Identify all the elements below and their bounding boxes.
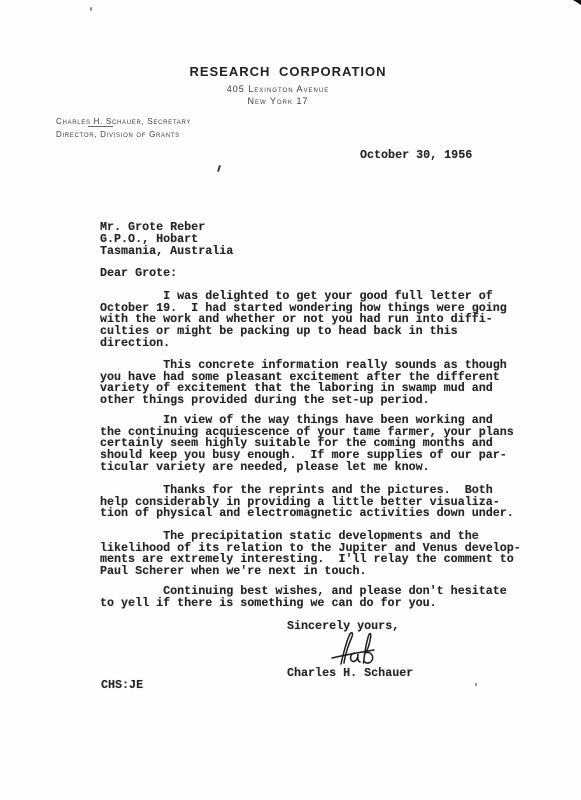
scan-artifact-mark [217, 165, 221, 172]
letter-date: October 30, 1956 [360, 150, 472, 162]
scanned-letter-page: RESEARCH CORPORATION 405 Lexington Avenu… [0, 0, 581, 800]
recipient-address: Mr. Grote Reber G.P.O., Hobart Tasmania,… [100, 221, 233, 258]
body-paragraph-2: This concrete information really sounds … [100, 360, 507, 407]
letterhead: RESEARCH CORPORATION 405 Lexington Avenu… [0, 64, 576, 106]
salutation: Dear Grote: [100, 268, 177, 280]
scan-artifact-speck [475, 683, 477, 686]
signature-name: Charles H. Schauer [287, 668, 413, 680]
body-paragraph-5: The precipitation static developments an… [100, 531, 521, 578]
company-address-street: 405 Lexington Avenue [0, 84, 566, 94]
officer-name-title: Charles H. Schauer, Secretary [56, 115, 191, 128]
officer-block: Charles H. Schauer, Secretary Director, … [56, 115, 191, 141]
company-address-city: New York 17 [0, 96, 566, 106]
body-paragraph-1: I was delighted to get your good full le… [100, 291, 507, 350]
typist-initials: CHS:JE [101, 680, 143, 692]
company-name: RESEARCH CORPORATION [0, 64, 576, 79]
scan-artifact-corner [573, 0, 581, 5]
body-paragraph-4: Thanks for the reprints and the pictures… [100, 485, 514, 520]
underline-rule [88, 126, 113, 127]
body-paragraph-6: Continuing best wishes, and please don't… [100, 586, 507, 609]
handwritten-signature [330, 631, 376, 667]
body-paragraph-3: In view of the way things have been work… [100, 415, 514, 474]
scan-artifact-speck [90, 7, 92, 11]
officer-division: Director, Division of Grants [56, 128, 191, 141]
